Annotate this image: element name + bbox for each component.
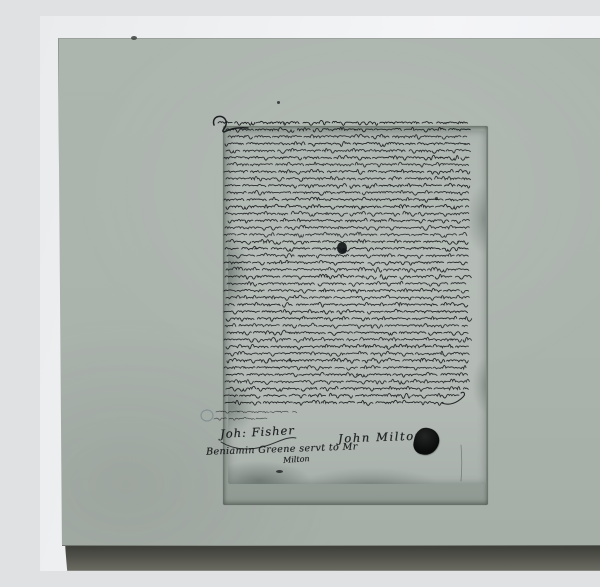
photo: Joh: Fisher Beniamin Greene servt to Mr … (40, 16, 600, 571)
signature-john-milton: John Milton (338, 429, 424, 446)
signature-witness-greene-milton: Milton (283, 454, 310, 465)
mount-board (58, 38, 600, 545)
board-cast-shadow (65, 545, 600, 571)
